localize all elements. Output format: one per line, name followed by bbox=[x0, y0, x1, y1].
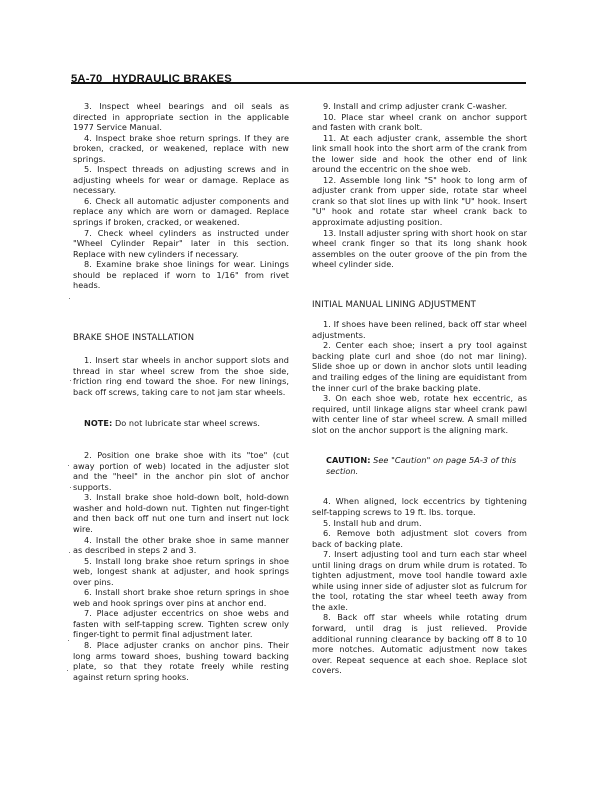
installation-step-1: 1. Insert star wheels in anchor support … bbox=[73, 355, 289, 397]
installation-step-11: 11. At each adjuster crank, assemble the… bbox=[312, 133, 527, 175]
installation-step-13: 13. Install adjuster spring with short h… bbox=[312, 228, 527, 270]
section-heading-brake-shoe-installation: BRAKE SHOE INSTALLATION bbox=[73, 333, 289, 344]
inspection-step-7: 7. Check wheel cylinders as instructed u… bbox=[73, 228, 289, 260]
spacer bbox=[312, 476, 527, 496]
scan-mark bbox=[67, 670, 68, 671]
inspection-step-6: 6. Check all automatic adjuster componen… bbox=[73, 196, 289, 228]
adjustment-step-2: 2. Center each shoe; insert a pry tool a… bbox=[312, 340, 527, 393]
section-heading-initial-manual-lining-adjustment: INITIAL MANUAL LINING ADJUSTMENT bbox=[312, 300, 527, 311]
scan-mark bbox=[69, 552, 70, 553]
installation-step-5: 5. Install long brake shoe return spring… bbox=[73, 556, 289, 588]
spacer bbox=[73, 428, 289, 450]
scan-mark bbox=[70, 487, 71, 488]
right-column: 9. Install and crimp adjuster crank C-wa… bbox=[312, 101, 527, 676]
note-label: NOTE: bbox=[84, 418, 112, 428]
caution: CAUTION: See "Caution" on page 5A-3 of t… bbox=[312, 455, 527, 476]
adjustment-step-5: 5. Install hub and drum. bbox=[312, 518, 527, 529]
installation-step-7: 7. Place adjuster eccentrics on shoe web… bbox=[73, 608, 289, 640]
spacer bbox=[312, 270, 527, 300]
scan-mark bbox=[68, 640, 69, 641]
scan-mark bbox=[69, 298, 70, 299]
page-header: 5A-70 HYDRAULIC BRAKES bbox=[71, 67, 526, 86]
caution-label: CAUTION: bbox=[326, 455, 371, 465]
left-column: 3. Inspect wheel bearings and oil seals … bbox=[73, 101, 289, 682]
inspection-step-5: 5. Inspect threads on adjusting screws a… bbox=[73, 164, 289, 196]
adjustment-step-1: 1. If shoes have been relined, back off … bbox=[312, 319, 527, 340]
adjustment-step-6: 6. Remove both adjustment slot covers fr… bbox=[312, 528, 527, 549]
adjustment-step-7: 7. Insert adjusting tool and turn each s… bbox=[312, 549, 527, 612]
spacer bbox=[73, 398, 289, 418]
adjustment-step-4: 4. When aligned, lock eccentrics by tigh… bbox=[312, 496, 527, 517]
installation-step-9: 9. Install and crimp adjuster crank C-wa… bbox=[312, 101, 527, 112]
installation-step-6: 6. Install short brake shoe return sprin… bbox=[73, 587, 289, 608]
scan-mark bbox=[70, 380, 71, 381]
inspection-step-8: 8. Examine brake shoe linings for wear. … bbox=[73, 259, 289, 291]
adjustment-step-8: 8. Back off star wheels while rotating d… bbox=[312, 612, 527, 675]
header-rule bbox=[71, 82, 526, 84]
spacer bbox=[312, 435, 527, 455]
spacer bbox=[73, 343, 289, 355]
spacer bbox=[312, 310, 527, 319]
installation-step-2: 2. Position one brake shoe with its "toe… bbox=[73, 450, 289, 492]
inspection-step-4: 4. Inspect brake shoe return springs. If… bbox=[73, 133, 289, 165]
inspection-step-3: 3. Inspect wheel bearings and oil seals … bbox=[73, 101, 289, 133]
adjustment-step-3: 3. On each shoe web, rotate hex eccentri… bbox=[312, 393, 527, 435]
installation-step-4: 4. Install the other brake shoe in same … bbox=[73, 535, 289, 556]
installation-step-12: 12. Assemble long link "S" hook to long … bbox=[312, 175, 527, 228]
installation-step-8: 8. Place adjuster cranks on anchor pins.… bbox=[73, 640, 289, 682]
note: NOTE: Do not lubricate star wheel screws… bbox=[73, 418, 289, 429]
spacer bbox=[73, 291, 289, 333]
installation-step-10: 10. Place star wheel crank on anchor sup… bbox=[312, 112, 527, 133]
note-text: Do not lubricate star wheel screws. bbox=[112, 418, 260, 428]
installation-step-3: 3. Install brake shoe hold-down bolt, ho… bbox=[73, 492, 289, 534]
scan-mark bbox=[68, 465, 69, 466]
